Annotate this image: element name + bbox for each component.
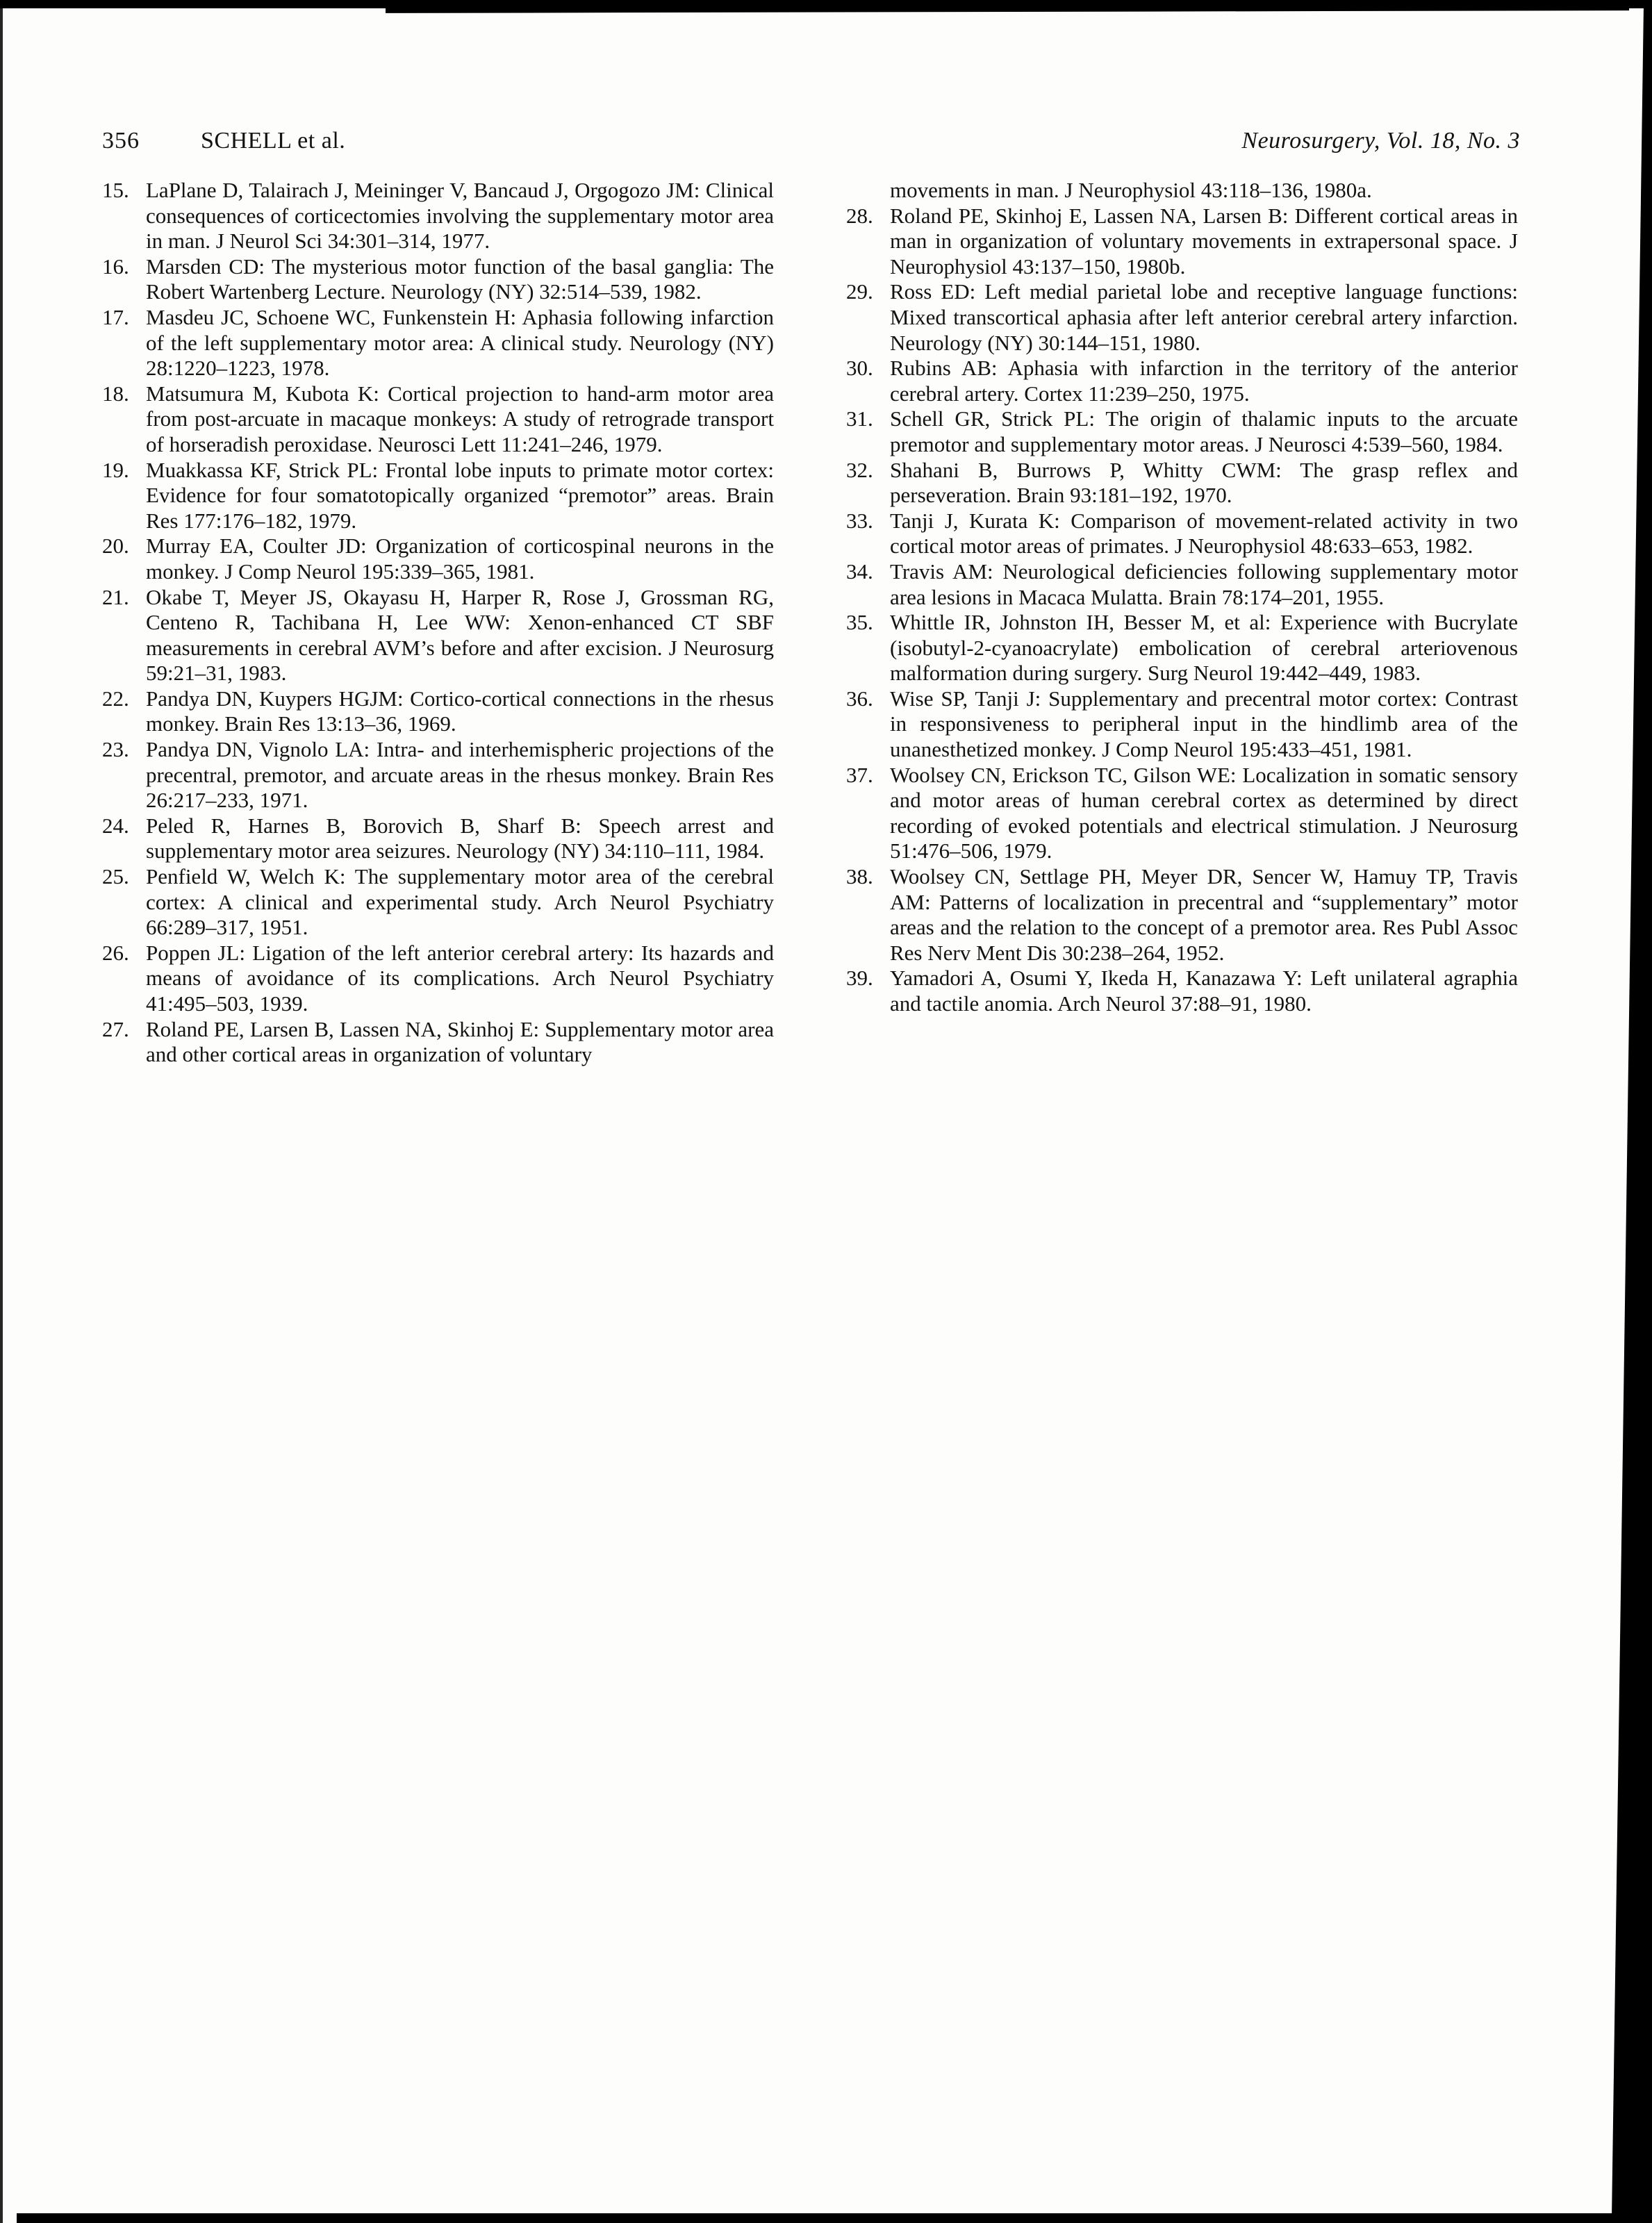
reference-item: 23.Pandya DN, Vignolo LA: Intra- and int… <box>102 737 774 813</box>
reference-text: Muakkassa KF, Strick PL: Frontal lobe in… <box>146 458 774 533</box>
reference-number: 33. <box>846 509 886 534</box>
reference-text: Peled R, Harnes B, Borovich B, Sharf B: … <box>146 813 774 863</box>
reference-text: Pandya DN, Vignolo LA: Intra- and interh… <box>146 737 774 812</box>
reference-number: 16. <box>102 254 142 280</box>
reference-text: Matsumura M, Kubota K: Cortical projecti… <box>146 381 774 456</box>
reference-item: 29.Ross ED: Left medial parietal lobe an… <box>846 279 1518 356</box>
reference-item: 15.LaPlane D, Talairach J, Meininger V, … <box>102 178 774 254</box>
reference-number: 22. <box>102 686 142 712</box>
reference-item: 32.Shahani B, Burrows P, Whitty CWM: The… <box>846 458 1518 509</box>
reference-number: 38. <box>846 864 886 890</box>
reference-number: 18. <box>102 381 142 407</box>
reference-item: 22.Pandya DN, Kuypers HGJM: Cortico-cort… <box>102 686 774 737</box>
reference-text: Poppen JL: Ligation of the left anterior… <box>146 941 774 1016</box>
reference-item: 37.Woolsey CN, Erickson TC, Gilson WE: L… <box>846 763 1518 864</box>
reference-text: Yamadori A, Osumi Y, Ikeda H, Kanazawa Y… <box>890 966 1518 1016</box>
reference-item: 16.Marsden CD: The mysterious motor func… <box>102 254 774 305</box>
reference-number: 19. <box>102 458 142 484</box>
reference-text: Whittle IR, Johnston IH, Besser M, et al… <box>890 610 1518 685</box>
running-authors: SCHELL et al. <box>201 128 345 154</box>
reference-number: 28. <box>846 204 886 229</box>
reference-number: 35. <box>846 610 886 636</box>
reference-number: 30. <box>846 356 886 381</box>
scan-artifact-left-edge <box>0 0 3 2223</box>
reference-text: Rubins AB: Aphasia with infarction in th… <box>890 356 1518 406</box>
reference-number: 25. <box>102 864 142 890</box>
reference-text: Woolsey CN, Erickson TC, Gilson WE: Loca… <box>890 763 1518 863</box>
reference-item: 36.Wise SP, Tanji J: Supplementary and p… <box>846 686 1518 763</box>
reference-item: 33.Tanji J, Kurata K: Comparison of move… <box>846 509 1518 559</box>
reference-text: Travis AM: Neurological deficiencies fol… <box>890 559 1518 609</box>
reference-number: 20. <box>102 534 142 559</box>
reference-number: 24. <box>102 813 142 839</box>
reference-number: 31. <box>846 406 886 432</box>
reference-number: 34. <box>846 559 886 585</box>
references-section: 15.LaPlane D, Talairach J, Meininger V, … <box>102 178 1518 1068</box>
scan-artifact-right-edge <box>1603 0 1652 2223</box>
reference-number: 27. <box>102 1017 142 1043</box>
reference-text: movements in man. J Neurophysiol 43:118–… <box>890 178 1372 202</box>
reference-text: Wise SP, Tanji J: Supplementary and prec… <box>890 686 1518 761</box>
reference-item: 21.Okabe T, Meyer JS, Okayasu H, Harper … <box>102 585 774 686</box>
references-column-left: 15.LaPlane D, Talairach J, Meininger V, … <box>102 178 774 1068</box>
references-column-right: movements in man. J Neurophysiol 43:118–… <box>846 178 1518 1068</box>
reference-text: Roland PE, Skinhoj E, Lassen NA, Larsen … <box>890 204 1518 279</box>
reference-text: Okabe T, Meyer JS, Okayasu H, Harper R, … <box>146 585 774 686</box>
reference-item: 35.Whittle IR, Johnston IH, Besser M, et… <box>846 610 1518 686</box>
reference-text: Schell GR, Strick PL: The origin of thal… <box>890 406 1518 456</box>
reference-item: 39.Yamadori A, Osumi Y, Ikeda H, Kanazaw… <box>846 966 1518 1016</box>
scanned-page: 356SCHELL et al. Neurosurgery, Vol. 18, … <box>0 0 1652 2223</box>
page-number: 356 <box>102 128 140 154</box>
reference-number: 32. <box>846 458 886 484</box>
reference-item: 28.Roland PE, Skinhoj E, Lassen NA, Lars… <box>846 204 1518 280</box>
reference-text: LaPlane D, Talairach J, Meininger V, Ban… <box>146 178 774 253</box>
reference-item: 30.Rubins AB: Aphasia with infarction in… <box>846 356 1518 406</box>
reference-text: Roland PE, Larsen B, Lassen NA, Skinhoj … <box>146 1017 774 1067</box>
reference-item: movements in man. J Neurophysiol 43:118–… <box>846 178 1518 204</box>
reference-item: 31.Schell GR, Strick PL: The origin of t… <box>846 406 1518 457</box>
reference-text: Ross ED: Left medial parietal lobe and r… <box>890 279 1518 354</box>
reference-number: 21. <box>102 585 142 611</box>
reference-number: 26. <box>102 941 142 966</box>
reference-item: 20.Murray EA, Coulter JD: Organization o… <box>102 534 774 584</box>
reference-text: Murray EA, Coulter JD: Organization of c… <box>146 534 774 584</box>
reference-item: 19.Muakkassa KF, Strick PL: Frontal lobe… <box>102 458 774 534</box>
reference-text: Pandya DN, Kuypers HGJM: Cortico-cortica… <box>146 686 774 736</box>
reference-item: 26.Poppen JL: Ligation of the left anter… <box>102 941 774 1017</box>
scan-artifact-top-line <box>386 1 1629 13</box>
reference-item: 25.Penfield W, Welch K: The supplementar… <box>102 864 774 941</box>
page-header-left: 356SCHELL et al. <box>102 128 345 154</box>
reference-item: 38.Woolsey CN, Settlage PH, Meyer DR, Se… <box>846 864 1518 966</box>
reference-item: 34.Travis AM: Neurological deficiencies … <box>846 559 1518 610</box>
scan-artifact-bottom-bar <box>17 2213 1652 2223</box>
reference-number: 23. <box>102 737 142 763</box>
reference-item: 17.Masdeu JC, Schoene WC, Funkenstein H:… <box>102 305 774 381</box>
reference-text: Tanji J, Kurata K: Comparison of movemen… <box>890 509 1518 559</box>
page-header: 356SCHELL et al. Neurosurgery, Vol. 18, … <box>102 128 1520 154</box>
reference-text: Woolsey CN, Settlage PH, Meyer DR, Sence… <box>890 864 1518 965</box>
reference-text: Shahani B, Burrows P, Whitty CWM: The gr… <box>890 458 1518 508</box>
reference-number: 36. <box>846 686 886 712</box>
reference-number: 29. <box>846 279 886 305</box>
journal-header: Neurosurgery, Vol. 18, No. 3 <box>1241 128 1520 154</box>
reference-item: 27.Roland PE, Larsen B, Lassen NA, Skinh… <box>102 1017 774 1068</box>
reference-text: Penfield W, Welch K: The supplementary m… <box>146 864 774 939</box>
reference-item: 18.Matsumura M, Kubota K: Cortical proje… <box>102 381 774 458</box>
reference-number: 37. <box>846 763 886 788</box>
reference-item: 24.Peled R, Harnes B, Borovich B, Sharf … <box>102 813 774 864</box>
reference-text: Marsden CD: The mysterious motor functio… <box>146 254 774 304</box>
reference-number: 17. <box>102 305 142 331</box>
reference-number: 15. <box>102 178 142 204</box>
reference-number: 39. <box>846 966 886 991</box>
reference-text: Masdeu JC, Schoene WC, Funkenstein H: Ap… <box>146 305 774 380</box>
